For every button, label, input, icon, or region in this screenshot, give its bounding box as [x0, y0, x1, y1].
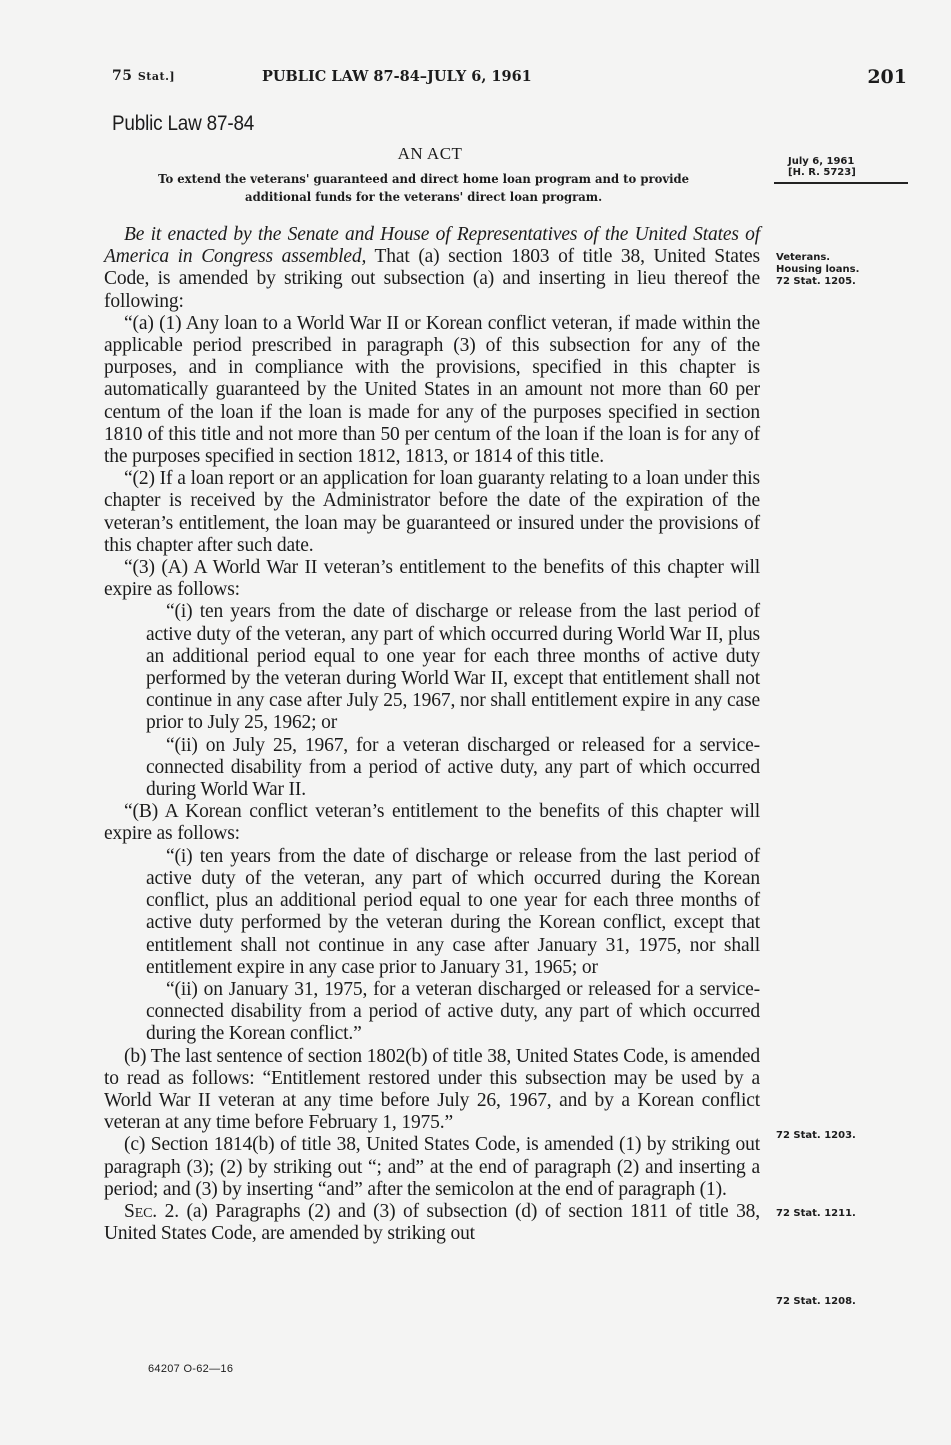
clause-A-ii: “(ii) on July 25, 1967, for a veteran di…	[104, 735, 760, 802]
page-number: 201	[867, 66, 907, 88]
printing-code: 64207 O-62—16	[148, 1363, 233, 1375]
margin-note-stat-1211: 72 Stat. 1211.	[776, 1208, 916, 1220]
bill-citation: July 6, 1961 [H. R. 5723]	[774, 156, 908, 184]
enacting-paragraph: Be it enacted by the Senate and House of…	[104, 224, 760, 313]
section-label: Sec. 2.	[124, 1201, 179, 1222]
paragraph-a3A: “(3) (A) A World War II veteran’s entitl…	[104, 557, 760, 601]
clause-B-ii: “(ii) on January 31, 1975, for a veteran…	[104, 979, 760, 1046]
citation-bill: [H. R. 5723]	[788, 167, 908, 178]
clause-A-i: “(i) ten years from the date of discharg…	[104, 601, 760, 734]
law-title: Public Law 87-84	[112, 112, 254, 136]
paragraph-a2: “(2) If a loan report or an application …	[104, 468, 760, 557]
section-2: Sec. 2. (a) Paragraphs (2) and (3) of su…	[104, 1201, 760, 1245]
paragraph-a1: “(a) (1) Any loan to a World War II or K…	[104, 313, 760, 468]
volume-reference: 75 Stat.]	[112, 68, 175, 84]
running-head: 75 Stat.] PUBLIC LAW 87-84–JULY 6, 1961 …	[112, 66, 907, 92]
subsection-c: (c) Section 1814(b) of title 38, United …	[104, 1134, 760, 1201]
act-purpose: To extend the veterans' guaranteed and d…	[126, 170, 721, 206]
subsection-b: (b) The last sentence of section 1802(b)…	[104, 1046, 760, 1135]
margin-note-stat-1208: 72 Stat. 1208.	[776, 1296, 916, 1308]
margin-note-stat-1203: 72 Stat. 1203.	[776, 1130, 916, 1142]
clause-B-i: “(i) ten years from the date of discharg…	[104, 846, 760, 979]
paragraph-a3B: “(B) A Korean conflict veteran’s entitle…	[104, 801, 760, 845]
document-page: 75 Stat.] PUBLIC LAW 87-84–JULY 6, 1961 …	[0, 0, 951, 1445]
running-head-title: PUBLIC LAW 87-84–JULY 6, 1961	[262, 68, 532, 85]
margin-note-veterans: Veterans. Housing loans. 72 Stat. 1205.	[776, 252, 916, 288]
act-body: Be it enacted by the Senate and House of…	[104, 224, 760, 1245]
act-heading: AN ACT	[0, 144, 860, 164]
citation-date: July 6, 1961	[788, 156, 908, 167]
